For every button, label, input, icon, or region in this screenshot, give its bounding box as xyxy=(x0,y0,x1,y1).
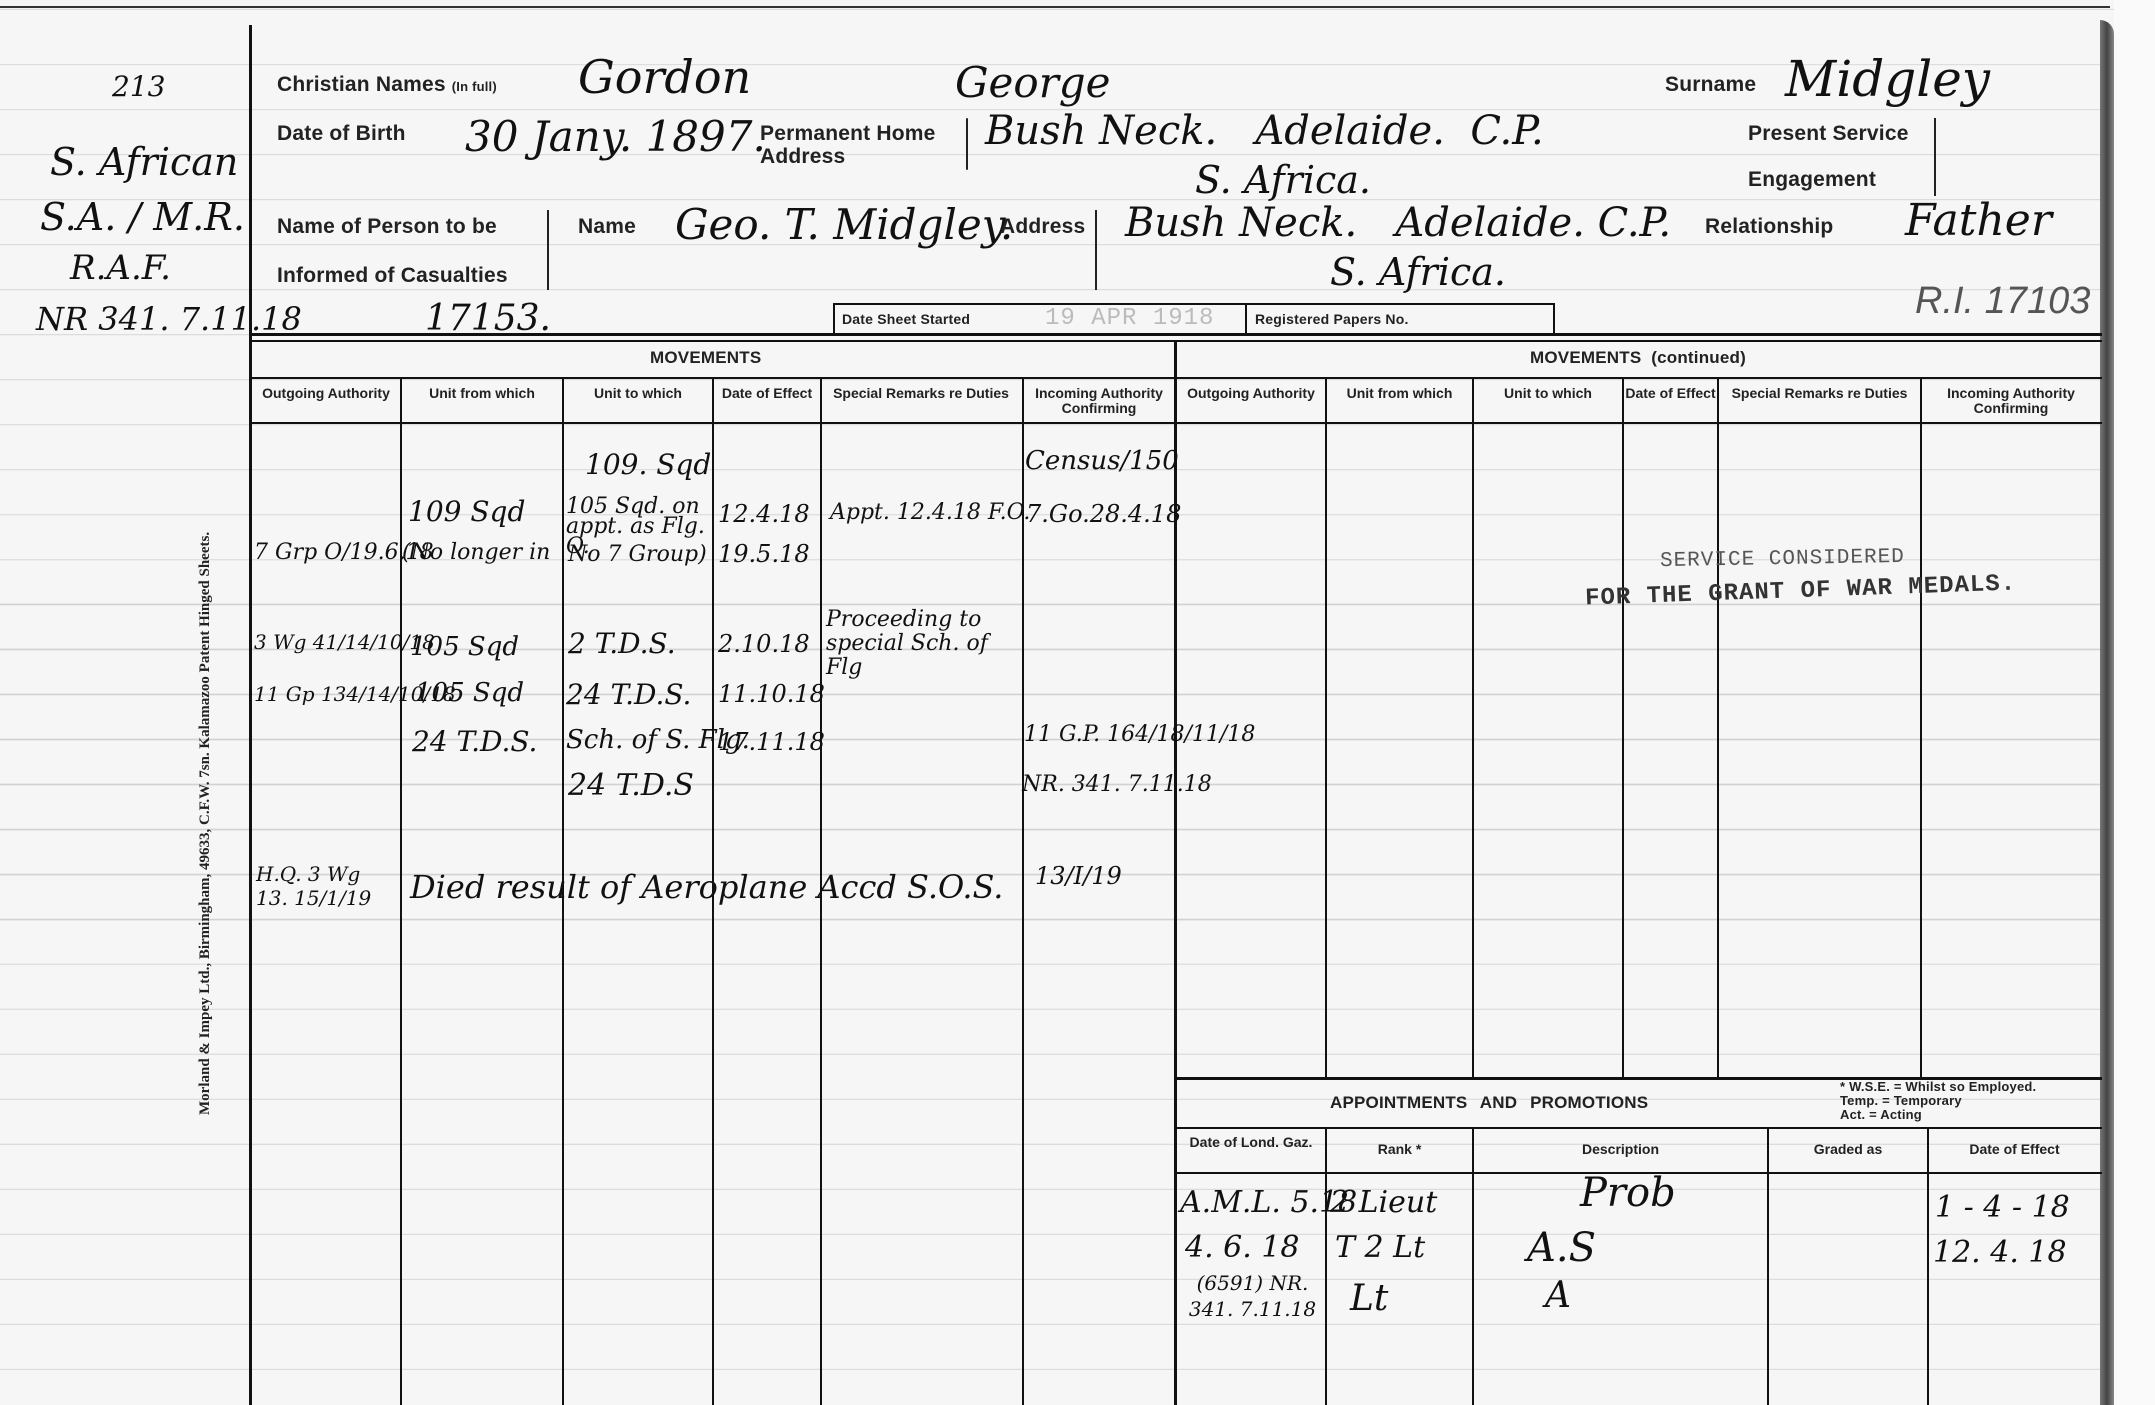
movements-continued-title: MOVEMENTS (continued) xyxy=(1530,348,1746,368)
relationship-label: Relationship xyxy=(1705,215,1833,239)
col-divider xyxy=(1472,1127,1474,1405)
margin-note-nationality: S. African xyxy=(50,140,238,184)
adjacent-page xyxy=(2114,0,2155,1405)
col-special-remarks: Special Remarks re Duties xyxy=(1719,386,1920,401)
col-divider xyxy=(1022,377,1024,1405)
appt-description: Prob xyxy=(1580,1170,1676,1216)
reference-number: R.I. 17103 xyxy=(1915,280,2090,323)
person-informed-label-1: Name of Person to be xyxy=(277,215,497,239)
margin-note-service: R.A.F. xyxy=(70,248,171,288)
movements-title: MOVEMENTS xyxy=(650,348,761,368)
appointments-legend: * W.S.E. = Whilst so Employed. Temp. = T… xyxy=(1840,1080,2036,1122)
entry-incoming: 11 G.P. 164/18/11/18 xyxy=(1024,722,1255,747)
rule xyxy=(1177,422,2102,424)
entry-from: 105 Sqd xyxy=(410,632,519,662)
address-label: Address xyxy=(1000,215,1085,239)
rule xyxy=(1177,377,2102,379)
entry-to: 2 T.D.S. xyxy=(568,627,676,660)
col-divider xyxy=(1472,377,1474,1077)
col-divider xyxy=(1622,377,1624,1077)
perm-address-line-1: Bush Neck. Adelaide. C.P. xyxy=(985,108,1544,154)
divider xyxy=(1245,303,1247,333)
christian-names-label: Christian Names (In full) xyxy=(277,73,497,97)
rule xyxy=(1177,1127,2102,1129)
name-value: Geo. T. Midgley. xyxy=(675,200,1013,249)
col-divider xyxy=(400,377,402,1405)
appointments-title: APPOINTMENTS AND PROMOTIONS xyxy=(1330,1093,1648,1113)
brace xyxy=(1934,118,1936,196)
dob-value: 30 Jany. 1897. xyxy=(465,112,766,161)
appt-description: A xyxy=(1545,1275,1571,1316)
col-date-effect: Date of Effect xyxy=(1929,1142,2100,1157)
name-label: Name xyxy=(578,215,636,239)
brace xyxy=(547,210,549,290)
perm-address-line-2: S. Africa. xyxy=(1195,158,1371,202)
address-line-1: Bush Neck. Adelaide. C.P. xyxy=(1125,200,1671,246)
col-divider xyxy=(1767,1127,1769,1405)
page-binding-edge xyxy=(2100,20,2114,1405)
brace xyxy=(966,118,968,170)
engagement-label: Engagement xyxy=(1748,168,1876,192)
col-special-remarks: Special Remarks re Duties xyxy=(822,386,1020,401)
entry-date: 19.5.18 xyxy=(718,540,810,568)
col-unit-from: Unit from which xyxy=(402,386,562,401)
entry-remarks: Proceeding to special Sch. of Flg xyxy=(826,608,1016,680)
christian-name-second: George xyxy=(955,58,1111,107)
present-service-label: Present Service xyxy=(1748,122,1909,146)
registered-papers-label: Registered Papers No. xyxy=(1255,311,1409,327)
entry-to: 109. Sqd xyxy=(585,448,711,481)
col-divider xyxy=(1927,1127,1929,1405)
entry-incoming: NR. 341. 7.11.18 xyxy=(1022,772,1212,797)
entry-date: 12.4.18 xyxy=(718,500,810,528)
col-outgoing-authority: Outgoing Authority xyxy=(252,386,400,401)
col-incoming-authority: Incoming Authority Confirming xyxy=(1024,386,1174,416)
entry-outgoing: 3 Wg 41/14/10/18 xyxy=(254,630,435,654)
col-outgoing-authority: Outgoing Authority xyxy=(1177,386,1325,401)
entry-date: 11.10.18 xyxy=(718,680,825,708)
perm-address-label: Permanent HomeAddress xyxy=(760,122,936,168)
dob-label: Date of Birth xyxy=(277,122,406,146)
margin-rule xyxy=(249,25,252,1405)
medals-stamp-line-1: SERVICE CONSIDERED xyxy=(1660,546,1905,573)
col-description: Description xyxy=(1474,1142,1767,1157)
col-unit-to: Unit to which xyxy=(1474,386,1622,401)
entry-outgoing: H.Q. 3 Wg 13. 15/1/19 xyxy=(256,862,396,910)
appt-rank: 2 Lieut xyxy=(1330,1185,1437,1220)
col-gazette-date: Date of Lond. Gaz. xyxy=(1177,1135,1325,1150)
entry-to: 24 T.D.S xyxy=(568,768,694,803)
entry-remarks: Appt. 12.4.18 F.O. xyxy=(830,500,1030,525)
col-divider xyxy=(1920,377,1922,1077)
col-date-effect: Date of Effect xyxy=(1624,386,1717,401)
appt-gazette: (6591) NR. 341. 7.11.18 xyxy=(1180,1270,1325,1322)
christian-name-first: Gordon xyxy=(578,50,751,104)
printer-imprint: Morland & Impey Ltd., Birmingham, 49633,… xyxy=(197,532,214,1115)
page-number: 213 xyxy=(112,70,165,103)
entry-incoming: Census/150 xyxy=(1025,446,1179,476)
date-sheet-started-label: Date Sheet Started xyxy=(842,311,970,327)
brace xyxy=(1095,210,1097,290)
appt-description: A.S xyxy=(1527,1225,1596,1271)
col-rank: Rank * xyxy=(1327,1142,1472,1157)
surname-value: Midgley xyxy=(1785,50,1990,108)
appt-rank: Lt xyxy=(1350,1278,1388,1319)
col-divider xyxy=(1717,377,1719,1077)
appt-rank: T 2 Lt xyxy=(1335,1230,1425,1265)
col-graded-as: Graded as xyxy=(1769,1142,1927,1157)
relationship-value: Father xyxy=(1905,195,2052,246)
person-informed-label-2: Informed of Casualties xyxy=(277,264,508,288)
col-unit-from: Unit from which xyxy=(1327,386,1472,401)
col-divider xyxy=(1325,1127,1327,1405)
col-incoming-authority: Incoming Authority Confirming xyxy=(1922,386,2100,416)
margin-note-unit: S.A. / M.R. xyxy=(40,195,245,239)
section-rule xyxy=(252,340,2102,342)
col-date-effect: Date of Effect xyxy=(714,386,820,401)
entry-from: 24 T.D.S. xyxy=(412,725,537,758)
section-rule xyxy=(252,333,2102,336)
entry-from: 105 Sqd xyxy=(415,678,524,708)
entry-remarks-death: Died result of Aeroplane Accd S.O.S. xyxy=(410,868,1003,906)
page-top-edge xyxy=(0,0,2110,8)
entry-incoming: 13/I/19 xyxy=(1035,862,1122,890)
surname-label: Surname xyxy=(1665,73,1756,97)
entry-to: No 7 Group) xyxy=(568,542,707,567)
col-divider xyxy=(1325,377,1327,1077)
entry-from: (No longer in xyxy=(402,540,550,565)
appt-effect: 1 - 4 - 18 xyxy=(1935,1190,2070,1225)
entry-date: 17.11.18 xyxy=(718,728,825,756)
entry-date: 2.10.18 xyxy=(718,630,810,658)
col-unit-to: Unit to which xyxy=(564,386,712,401)
appt-gazette: 4. 6. 18 xyxy=(1185,1230,1300,1265)
address-line-2: S. Africa. xyxy=(1330,250,1506,294)
entry-to: 24 T.D.S. xyxy=(566,678,691,711)
entry-from: 109 Sqd xyxy=(408,495,525,528)
entry-incoming: 7.Go.28.4.18 xyxy=(1026,500,1181,528)
appt-effect: 12. 4. 18 xyxy=(1933,1235,2067,1270)
date-sheet-stamp: 19 APR 1918 xyxy=(1045,305,1214,332)
